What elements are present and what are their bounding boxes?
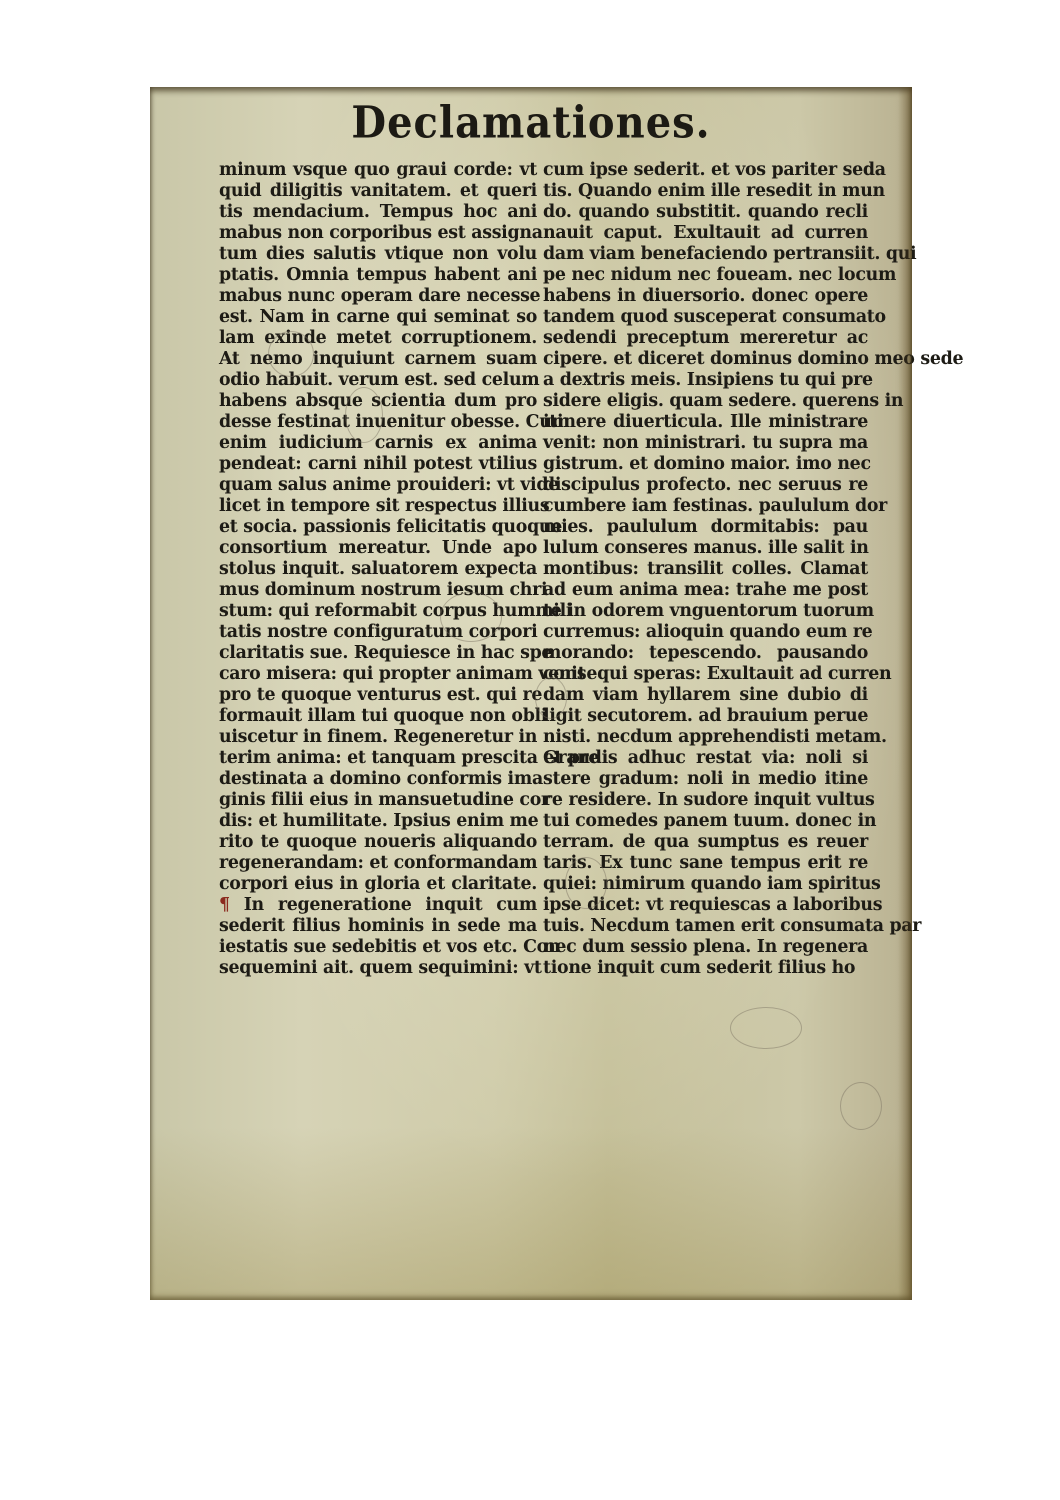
text-line: curremus: alioquin quando eum re (543, 622, 868, 643)
text-line: tis mendacium. Tempus hoc ani (219, 202, 537, 223)
text-line: sedendi preceptum mereretur ac (543, 328, 868, 349)
paper-stain (150, 1127, 912, 1300)
text-line: pe nec nidum nec foueam. nec locum (543, 265, 868, 286)
text-line: stum: qui reformabit corpus hummili (219, 601, 537, 622)
text-line: formauit illam tui quoque non obli (219, 706, 537, 727)
text-line: odio habuit. verum est. sed celum (219, 370, 537, 391)
text-line: enim iudicium carnis ex anima (219, 433, 537, 454)
text-line: consortium mereatur. Unde apo (219, 538, 537, 559)
text-line: a dextris meis. Insipiens tu qui pre (543, 370, 868, 391)
text-line: consequi speras: Exultauit ad curren (543, 664, 868, 685)
text-line: habens in diuersorio. donec opere (543, 286, 868, 307)
text-line: mabus nunc operam dare necesse (219, 286, 537, 307)
book-page: Declamationes. minum vsque quo graui cor… (150, 87, 912, 1300)
text-line: licet in tempore sit respectus illius (219, 496, 537, 517)
text-line: At nemo inquiunt carnem suam (219, 349, 537, 370)
text-line: iestatis sue sedebitis et vos etc. Con (219, 937, 537, 958)
text-line: corpori eius in gloria et claritate. (219, 874, 537, 895)
text-line: pro te quoque venturus est. qui re (219, 685, 537, 706)
text-line: discipulus profecto. nec seruus re (543, 475, 868, 496)
text-line: quiei: nimirum quando iam spiritus (543, 874, 868, 895)
text-line: habens absque scientia dum pro (219, 391, 537, 412)
text-line: regenerandam: et conformandam (219, 853, 537, 874)
stamp-mark (730, 1007, 802, 1049)
text-line: re residere. In sudore inquit vultus (543, 790, 868, 811)
text-line: sequemini ait. quem sequimini: vt (219, 958, 537, 979)
text-line: cum ipse sederit. et vos pariter seda (543, 160, 868, 181)
text-line: tione inquit cum sederit filius ho (543, 958, 868, 979)
text-line: minum vsque quo graui corde: vt (219, 160, 537, 181)
text-line: quam salus anime prouideri: vt vide (219, 475, 537, 496)
text-line: quid diligitis vanitatem. et queri (219, 181, 537, 202)
text-line: destinata a domino conformis ima (219, 769, 537, 790)
text-line: sidere eligis. quam sedere. querens in (543, 391, 868, 412)
text-line: taris. Ex tunc sane tempus erit re (543, 853, 868, 874)
text-line: desse festinat inuenitur obesse. Cum (219, 412, 537, 433)
text-column-left: minum vsque quo graui corde: vtquid dili… (219, 160, 537, 979)
text-line: terim anima: et tanquam prescita et pre (219, 748, 537, 769)
text-column-right: cum ipse sederit. et vos pariter sedatis… (543, 160, 868, 979)
text-line: nauit caput. Exultauit ad curren (543, 223, 868, 244)
text-line: mus dominum nostrum iesum chri (219, 580, 537, 601)
paragraph-mark-icon: ¶ (219, 895, 230, 915)
text-line: sederit filius hominis in sede ma (219, 916, 537, 937)
text-line: nec dum sessio plena. In regenera (543, 937, 868, 958)
text-line: mabus non corporibus est assigna (219, 223, 537, 244)
text-line: rito te quoque noueris aliquando (219, 832, 537, 853)
text-line: tis. Quando enim ille resedit in mun (543, 181, 868, 202)
text-line: morando: tepescendo. pausando (543, 643, 868, 664)
text-line: caro misera: qui propter animam venit (219, 664, 537, 685)
text-line: tui comedes panem tuum. donec in (543, 811, 868, 832)
text-line: et socia. passionis felicitatis quoque (219, 517, 537, 538)
text-line: nisti. necdum apprehendisti metam. (543, 727, 868, 748)
text-line: ptatis. Omnia tempus habent ani (219, 265, 537, 286)
text-line: gistrum. et domino maior. imo nec (543, 454, 868, 475)
text-line: itinere diuerticula. Ille ministrare (543, 412, 868, 433)
text-line: stere gradum: noli in medio itine (543, 769, 868, 790)
text-line: lulum conseres manus. ille salit in (543, 538, 868, 559)
text-line: dam viam hyllarem sine dubio di (543, 685, 868, 706)
text-line: ipse dicet: vt requiescas a laboribus (543, 895, 868, 916)
text-line: est. Nam in carne qui seminat so (219, 307, 537, 328)
text-line: stolus inquit. saluatorem expecta (219, 559, 537, 580)
text-line: ¶ In regeneratione inquit cum (219, 895, 537, 916)
text-line: tuis. Necdum tamen erit consumata par (543, 916, 868, 937)
text-line: ad eum anima mea: trahe me post (543, 580, 868, 601)
text-line: cumbere iam festinas. paululum dor (543, 496, 868, 517)
text-line: lam exinde metet corruptionem. (219, 328, 537, 349)
text-line: claritatis sue. Requiesce in hac spe (219, 643, 537, 664)
text-line: mies. paululum dormitabis: pau (543, 517, 868, 538)
running-head: Declamationes. (150, 97, 912, 149)
text-line: Grandis adhuc restat via: noli si (543, 748, 868, 769)
text-line: tum dies salutis vtique non volu (219, 244, 537, 265)
text-line: do. quando substitit. quando recli (543, 202, 868, 223)
text-line: tandem quod susceperat consumato (543, 307, 868, 328)
text-line: ginis filii eius in mansuetudine cor (219, 790, 537, 811)
text-line: tatis nostre configuratum corpori (219, 622, 537, 643)
show-through-text (210, 1105, 870, 1117)
text-line: cipere. et diceret dominus domino meo se… (543, 349, 868, 370)
text-line: uiscetur in finem. Regeneretur in (219, 727, 537, 748)
text-line: pendeat: carni nihil potest vtilius (219, 454, 537, 475)
text-line: terram. de qua sumptus es reuer (543, 832, 868, 853)
text-line: venit: non ministrari. tu supra ma (543, 433, 868, 454)
text-line: dam viam benefaciendo pertransiit. qui (543, 244, 868, 265)
text-line: montibus: transilit colles. Clamat (543, 559, 868, 580)
text-line: ligit secutorem. ad brauium perue (543, 706, 868, 727)
text-line: dis: et humilitate. Ipsius enim me (219, 811, 537, 832)
text-line: te in odorem vnguentorum tuorum (543, 601, 868, 622)
